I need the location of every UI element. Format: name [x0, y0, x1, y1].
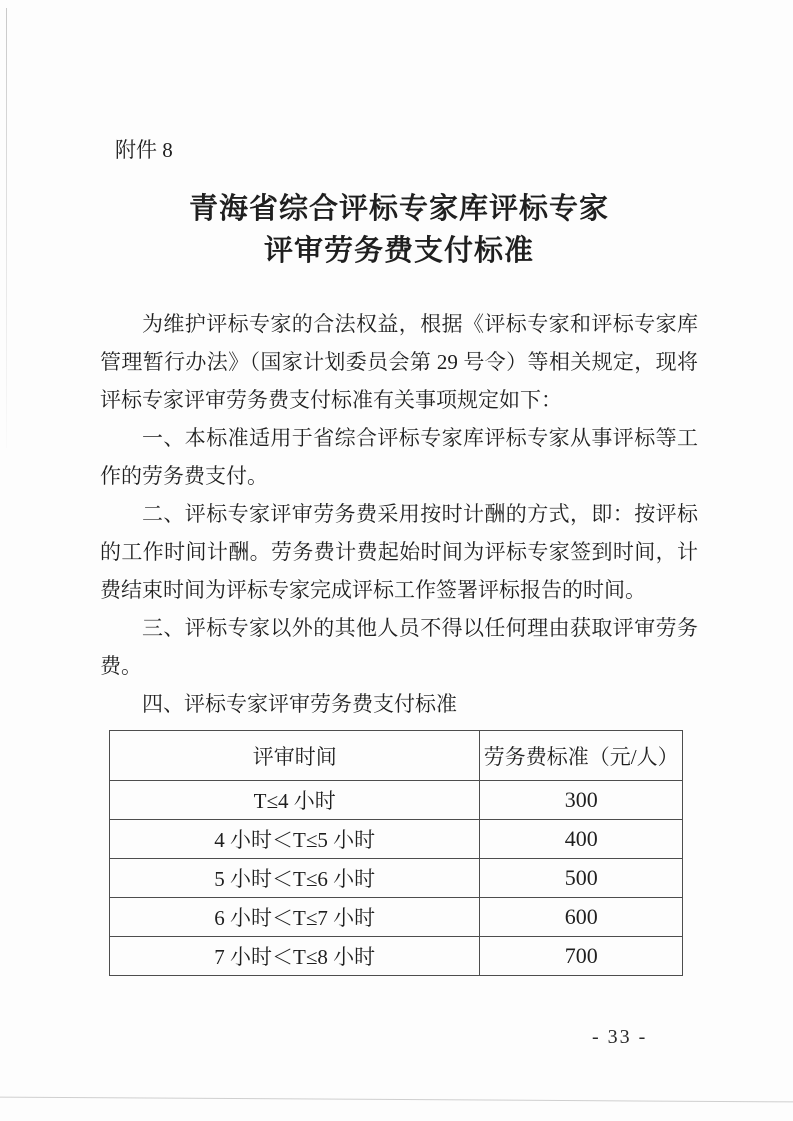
fee-table-cell-time: 5 小时＜T≤6 小时 — [110, 859, 480, 898]
paragraph-item-1: 一、本标准适用于省综合评标专家库评标专家从事评标等工作的劳务费支付。 — [100, 419, 698, 495]
table-row: T≤4 小时 300 — [110, 781, 683, 820]
fee-table: 评审时间 劳务费标准（元/人） T≤4 小时 300 4 小时＜T≤5 小时 4… — [109, 730, 683, 976]
paragraph-item-3: 三、评标专家以外的其他人员不得以任何理由获取评审劳务费。 — [100, 609, 698, 685]
document-content: 附件 8 青海省综合评标专家库评标专家 评审劳务费支付标准 为维护评标专家的合法… — [100, 136, 698, 976]
paragraph-intro: 为维护评标专家的合法权益，根据《评标专家和评标专家库管理暂行办法》（国家计划委员… — [100, 305, 698, 419]
table-row: 5 小时＜T≤6 小时 500 — [110, 859, 683, 898]
scan-artifact-bottom-edge — [0, 1097, 793, 1103]
fee-table-cell-time: 7 小时＜T≤8 小时 — [110, 937, 480, 976]
fee-table-header-fee: 劳务费标准（元/人） — [480, 731, 683, 781]
document-title-line2: 评审劳务费支付标准 — [100, 230, 698, 272]
page-number: - 33 - — [592, 1026, 647, 1049]
paragraph-item-2: 二、评标专家评审劳务费采用按时计酬的方式，即：按评标的工作时间计酬。劳务费计费起… — [100, 495, 698, 609]
scan-artifact-left-edge — [6, 8, 7, 448]
fee-table-cell-time: 4 小时＜T≤5 小时 — [110, 820, 480, 859]
fee-table-cell-time: T≤4 小时 — [110, 781, 480, 820]
fee-table-header-time: 评审时间 — [110, 731, 480, 781]
fee-table-cell-fee: 400 — [480, 820, 683, 859]
table-row: 7 小时＜T≤8 小时 700 — [110, 937, 683, 976]
document-page: 附件 8 青海省综合评标专家库评标专家 评审劳务费支付标准 为维护评标专家的合法… — [0, 0, 793, 1121]
fee-table-cell-fee: 500 — [480, 859, 683, 898]
paragraph-item-4: 四、评标专家评审劳务费支付标准 — [100, 685, 698, 723]
fee-table-cell-fee: 700 — [480, 937, 683, 976]
table-row: 6 小时＜T≤7 小时 600 — [110, 898, 683, 937]
fee-table-cell-time: 6 小时＜T≤7 小时 — [110, 898, 480, 937]
document-title: 青海省综合评标专家库评标专家 评审劳务费支付标准 — [100, 188, 698, 272]
table-row: 4 小时＜T≤5 小时 400 — [110, 820, 683, 859]
fee-table-cell-fee: 300 — [480, 781, 683, 820]
document-body: 为维护评标专家的合法权益，根据《评标专家和评标专家库管理暂行办法》（国家计划委员… — [100, 305, 698, 723]
attachment-label: 附件 8 — [100, 136, 698, 164]
document-title-line1: 青海省综合评标专家库评标专家 — [100, 188, 698, 230]
fee-table-header-row: 评审时间 劳务费标准（元/人） — [110, 731, 683, 781]
fee-table-cell-fee: 600 — [480, 898, 683, 937]
